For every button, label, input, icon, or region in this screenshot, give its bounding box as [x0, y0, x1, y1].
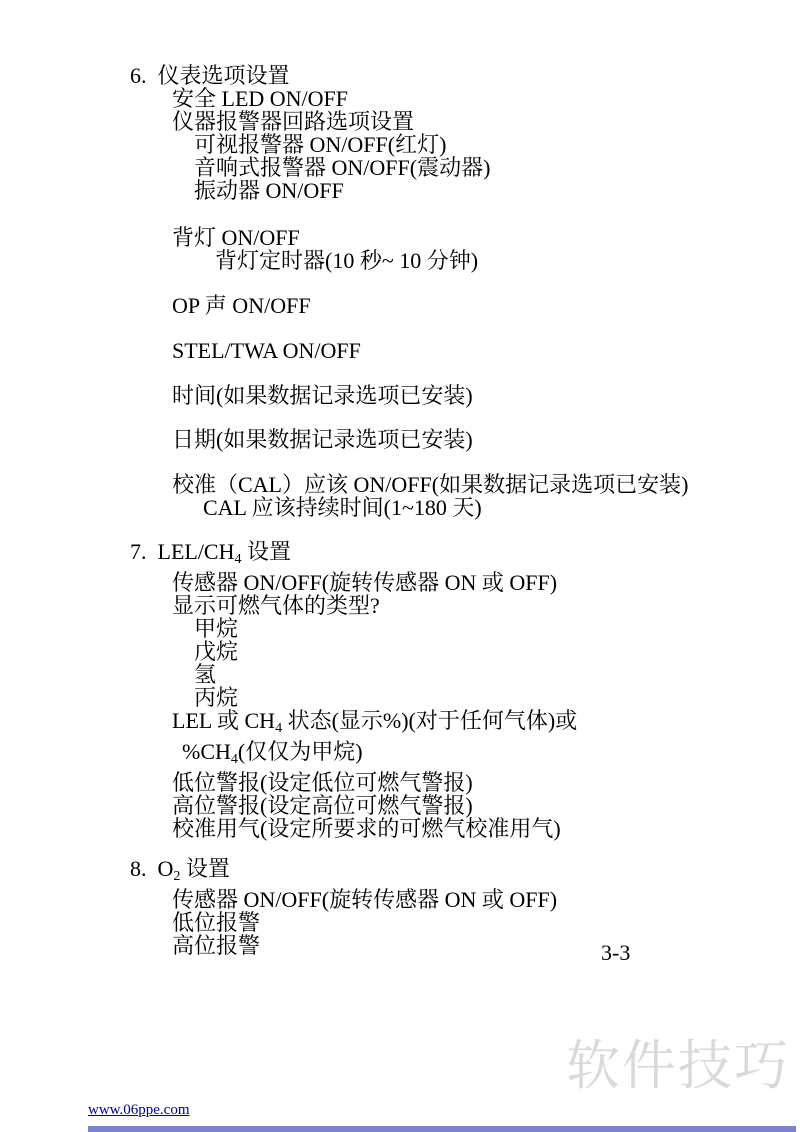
document-line: %CH4(仅仅为甲烷): [182, 740, 800, 771]
manual-page: { "document": { "lines": [ { "lv": 0, "t…: [0, 0, 800, 1132]
document-line: 戊烷: [194, 640, 800, 663]
text-segment: 状态(显示%)(对于任何气体)或: [282, 708, 577, 733]
document-line: 丙烷: [194, 686, 800, 709]
document-line: 安全 LED ON/OFF: [172, 87, 800, 110]
document-line: 可视报警器 ON/OFF(红灯): [194, 133, 800, 156]
text-segment: (仅仅为甲烷): [238, 739, 363, 764]
watermark: 软件技巧: [566, 1036, 790, 1096]
text-segment: 设置: [242, 539, 292, 564]
document-line: 低位报警: [172, 911, 800, 934]
document-line: 校准（CAL）应该 ON/OFF(如果数据记录选项已安装): [172, 473, 800, 496]
document-line: 甲烷: [194, 617, 800, 640]
document-line: 低位警报(设定低位可燃气警报): [172, 771, 800, 794]
text-segment: %CH: [182, 739, 231, 764]
document-line: 校准用气(设定所要求的可燃气校准用气): [172, 817, 800, 840]
document-line: 6. 仪表选项设置: [130, 64, 800, 87]
document-line: 7. LEL/CH4 设置: [130, 540, 800, 571]
subscript-digit: 4: [231, 752, 238, 767]
document-outline: 6. 仪表选项设置安全 LED ON/OFF仪器报警器回路选项设置可视报警器 O…: [0, 64, 800, 957]
subscript-digit: 4: [275, 721, 282, 736]
document-line: 振动器 ON/OFF: [194, 179, 800, 202]
document-line: 高位报警: [172, 934, 800, 957]
text-segment: 8. O: [130, 856, 173, 881]
document-line: 氢: [194, 663, 800, 686]
document-line: 传感器 ON/OFF(旋转传感器 ON 或 OFF): [172, 888, 800, 911]
subscript-digit: 4: [235, 552, 242, 567]
document-line: 背灯 ON/OFF: [172, 226, 800, 249]
footer-link[interactable]: www.06ppe.com: [88, 1102, 190, 1119]
document-line: 时间(如果数据记录选项已安装): [172, 384, 800, 407]
text-segment: 7. LEL/CH: [130, 539, 235, 564]
document-line: LEL 或 CH4 状态(显示%)(对于任何气体)或: [172, 709, 800, 740]
text-segment: LEL 或 CH: [172, 708, 275, 733]
document-line: 音响式报警器 ON/OFF(震动器): [194, 156, 800, 179]
document-line: 高位警报(设定高位可燃气警报): [172, 794, 800, 817]
document-line: STEL/TWA ON/OFF: [172, 339, 800, 362]
document-line: CAL 应该持续时间(1~180 天): [203, 496, 800, 519]
document-line: 背灯定时器(10 秒~ 10 分钟): [215, 249, 800, 272]
bottom-bar: [88, 1126, 796, 1132]
document-line: 仪器报警器回路选项设置: [172, 110, 800, 133]
text-segment: 设置: [180, 856, 230, 881]
document-line: 日期(如果数据记录选项已安装): [172, 428, 800, 451]
document-line: 显示可燃气体的类型?: [172, 594, 800, 617]
document-line: OP 声 ON/OFF: [172, 294, 800, 317]
document-line: 传感器 ON/OFF(旋转传感器 ON 或 OFF): [172, 571, 800, 594]
page-number: 3-3: [601, 940, 630, 966]
document-line: 8. O2 设置: [130, 857, 800, 888]
